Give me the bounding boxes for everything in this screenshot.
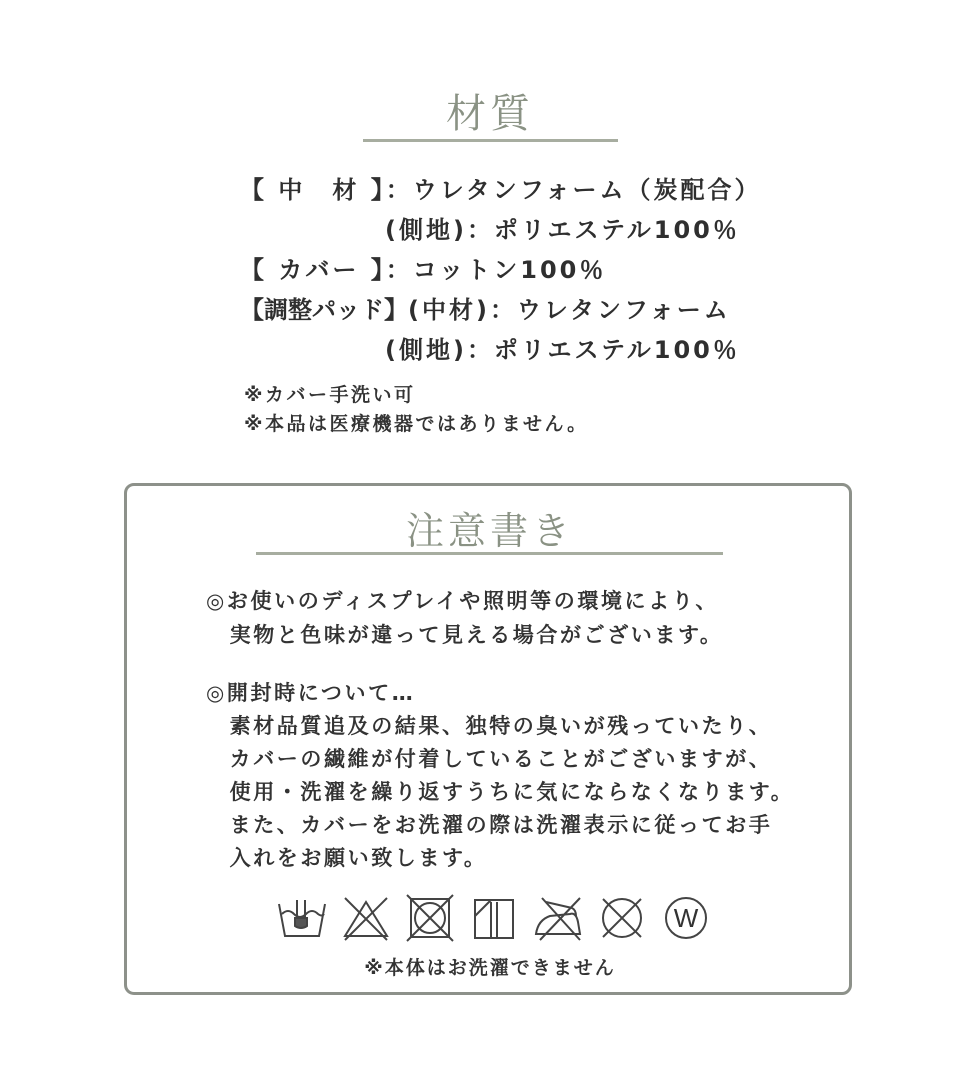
caution-p2-line2: 素材品質追及の結果、独特の臭いが残っていたり、 [206, 710, 772, 740]
spec-sub: (側地) [385, 216, 467, 244]
spec-line-pad: 【調整パッド】(中材)：ウレタンフォーム [240, 290, 731, 325]
spec-line-core: 【 中 材 】：ウレタンフォーム（炭配合） [240, 170, 762, 205]
spec-line-pad-cover: (側地)：ポリエステル100％ [385, 330, 740, 365]
caution-p1-line1: ◎お使いのディスプレイや照明等の環境により、 [206, 585, 719, 615]
caution-p1-line2: 実物と色味が違って見える場合がございます。 [206, 619, 724, 649]
spec-label: 【 カバー 】 [240, 256, 386, 284]
spec-sub: (中材) [408, 296, 490, 324]
note-cover-handwash: ※カバー手洗い可 [244, 380, 415, 407]
no-iron-icon [526, 890, 590, 946]
spec-line-cover: 【 カバー 】：コットン100％ [240, 250, 606, 285]
spec-value: ：ポリエステル100％ [467, 336, 740, 364]
spec-value: ：ポリエステル100％ [467, 216, 740, 244]
spec-value: ：コットン100％ [386, 256, 607, 284]
drip-dry-shade-icon [462, 890, 526, 946]
hand-wash-icon [270, 890, 334, 946]
material-title: 材質 [0, 82, 980, 139]
spec-line-core-cover: (側地)：ポリエステル100％ [385, 210, 740, 245]
no-dry-clean-icon [590, 890, 654, 946]
spec-value: ：ウレタンフォーム（炭配合） [386, 176, 762, 204]
caution-p2-line3: カバーの繊維が付着していることがございますが、 [206, 743, 772, 773]
caution-p2-line4: 使用・洗濯を繰り返すうちに気にならなくなります。 [206, 776, 794, 806]
wet-clean-icon: W [654, 890, 718, 946]
caution-title: 注意書き [0, 500, 980, 555]
note-not-medical-device: ※本品は医療機器ではありません。 [244, 409, 589, 436]
caution-p2-line6: 入れをお願い致します。 [206, 842, 488, 872]
no-bleach-icon [334, 890, 398, 946]
spec-label: 【調整パッド】 [240, 296, 408, 324]
svg-text:W: W [674, 903, 699, 933]
caution-title-underline [256, 552, 723, 555]
spec-sub: (側地) [385, 336, 467, 364]
spec-value: ：ウレタンフォーム [490, 296, 731, 324]
care-label-icons: W [270, 890, 718, 946]
caution-p2-line1: ◎開封時について… [206, 677, 415, 707]
spec-label: 【 中 材 】 [240, 176, 386, 204]
body-not-washable-note: ※本体はお洗濯できません [0, 953, 980, 980]
material-title-underline [363, 139, 618, 142]
no-tumble-dry-icon [398, 890, 462, 946]
caution-p2-line5: また、カバーをお洗濯の際は洗濯表示に従ってお手 [206, 809, 772, 839]
